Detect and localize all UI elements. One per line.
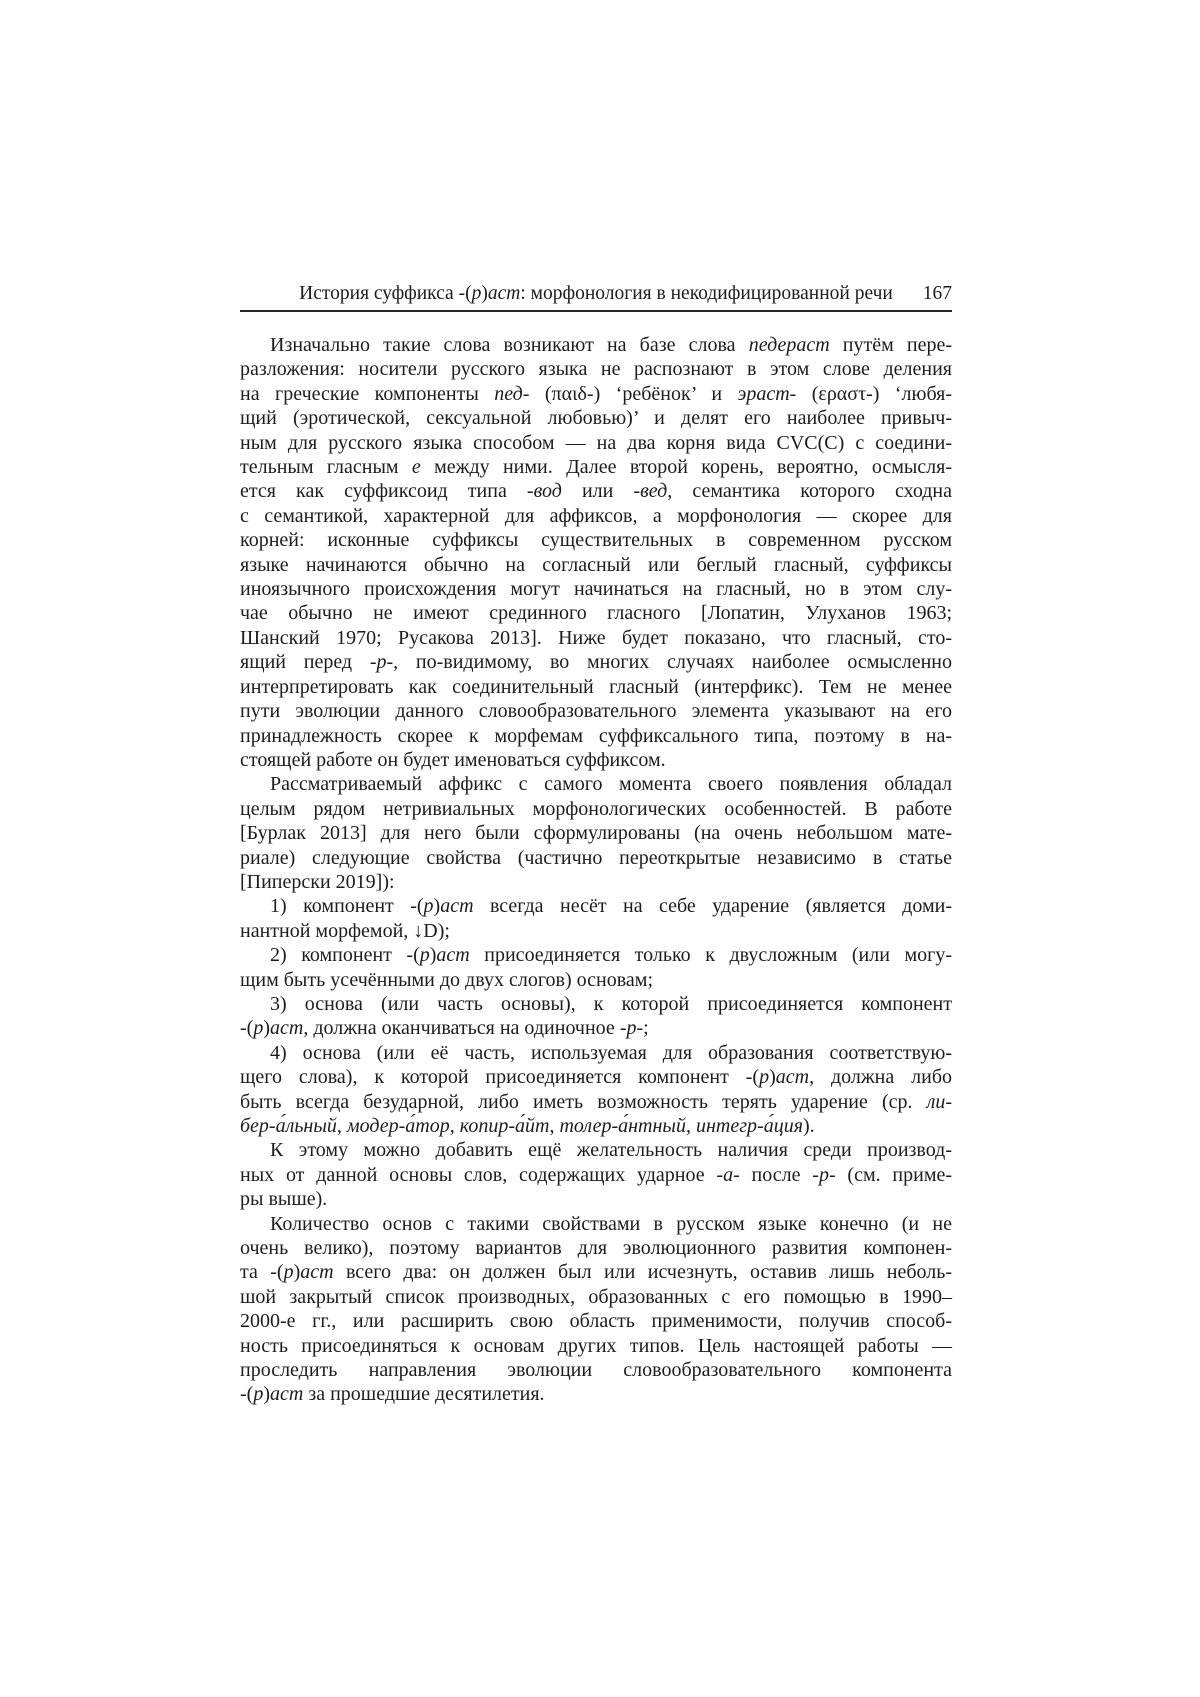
text-line: 1) компонент -(р)аст всегда несёт на себ… xyxy=(240,894,952,918)
italic-text-run: интегр-а́ция xyxy=(696,1115,803,1137)
text-line: ящий перед -р-, по-видимому, во многих с… xyxy=(240,650,952,674)
text-run: ) xyxy=(769,1066,776,1088)
text-run: очень велико), поэтому вариантов для эво… xyxy=(240,1237,952,1259)
text-line: иноязычного происхождения могут начинать… xyxy=(240,577,952,601)
italic-text-run: -а- xyxy=(716,1164,739,1186)
text-run: интерпретировать как соединительный глас… xyxy=(240,676,952,698)
italic-text-run: р xyxy=(759,1066,769,1088)
text-run: ры выше). xyxy=(240,1188,327,1210)
italic-text-run: р xyxy=(472,283,482,304)
italic-text-run: пед- xyxy=(494,383,529,405)
property-item-2: 2) компонент -(р)аст присоединяется толь… xyxy=(240,943,952,992)
text-line: ным для русского языка способом — на два… xyxy=(240,431,952,455)
italic-text-run: толер-а́нтный xyxy=(559,1115,686,1137)
text-run: нантной морфемой, ↓D); xyxy=(240,920,450,942)
text-run: , xyxy=(450,1115,460,1137)
text-run: корней: исконные суффиксы существительны… xyxy=(240,529,952,551)
text-run: 1) компонент -( xyxy=(270,895,424,917)
italic-text-run: модер-а́тор xyxy=(347,1115,450,1137)
italic-text-run: эраст- xyxy=(738,383,797,405)
text-run: ным для русского языка способом — на два… xyxy=(240,432,952,454)
running-title: История суффикса -(р)аст: морфонология в… xyxy=(240,281,952,307)
text-line: 3) основа (или часть основы), к которой … xyxy=(240,992,952,1016)
page-number: 167 xyxy=(923,281,952,307)
italic-text-run: -вед xyxy=(633,480,667,502)
text-line: Количество основ с такими свойствами в р… xyxy=(240,1212,952,1236)
text-line: Изначально такие слова возникают на базе… xyxy=(240,333,952,357)
italic-text-run: р xyxy=(424,895,434,917)
text-run: путём пере- xyxy=(830,334,952,356)
text-run: языке начинаются обычно на согласный или… xyxy=(240,554,952,576)
text-line: щего слова), к которой присоединяется ко… xyxy=(240,1065,952,1089)
property-item-4: 4) основа (или её часть, используемая дл… xyxy=(240,1041,952,1139)
text-line: Шанский 1970; Русакова 2013]. Ниже будет… xyxy=(240,626,952,650)
text-line: та -(р)аст всего два: он должен был или … xyxy=(240,1260,952,1284)
text-line: стоящей работе он будет именоваться суфф… xyxy=(240,748,952,772)
text-run: 2) компонент -( xyxy=(270,944,420,966)
text-run: щий (эротической, сексуальной любовью)’ … xyxy=(240,407,952,429)
text-run: -( xyxy=(240,1017,253,1039)
text-run: , xyxy=(549,1115,559,1137)
text-run: проследить направления эволюции словообр… xyxy=(240,1359,952,1381)
text-run: принадлежность скорее к морфемам суффикс… xyxy=(240,725,952,747)
intro-paragraph: Изначально такие слова возникают на базе… xyxy=(240,333,952,772)
text-run: чае обычно не имеют срединного гласного … xyxy=(240,602,952,624)
italic-text-run: р xyxy=(420,944,430,966)
italic-text-run: е xyxy=(412,456,421,478)
italic-text-run: копир-а́йт xyxy=(460,1115,550,1137)
text-run: 4) основа (или её часть, используемая дл… xyxy=(270,1042,952,1064)
text-run: [Бурлак 2013] для него были сформулирова… xyxy=(240,822,952,844)
text-line: 4) основа (или её часть, используемая дл… xyxy=(240,1041,952,1065)
addendum-paragraph: К этому можно добавить ещё желательность… xyxy=(240,1138,952,1211)
text-run: (см. приме- xyxy=(836,1164,952,1186)
property-item-1: 1) компонент -(р)аст всегда несёт на себ… xyxy=(240,894,952,943)
text-line: проследить направления эволюции словообр… xyxy=(240,1358,952,1382)
text-run: иноязычного происхождения могут начинать… xyxy=(240,578,952,600)
text-run: Рассматриваемый аффикс с самого момента … xyxy=(270,773,952,795)
text-run: между ними. Далее второй корень, вероятн… xyxy=(421,456,952,478)
text-line: шой закрытый список производных, образов… xyxy=(240,1285,952,1309)
text-run: (παιδ-) ‘ребёнок’ и xyxy=(529,383,737,405)
italic-text-run: -р- xyxy=(620,1017,643,1039)
text-run: шой закрытый список производных, образов… xyxy=(240,1286,952,1308)
italic-text-run: -р- xyxy=(370,651,393,673)
text-run: 3) основа (или часть основы), к которой … xyxy=(270,993,952,1015)
text-line: языке начинаются обычно на согласный или… xyxy=(240,553,952,577)
text-run: разложения: носители русского языка не р… xyxy=(240,358,952,380)
italic-text-run: педераст xyxy=(749,334,830,356)
property-item-3: 3) основа (или часть основы), к которой … xyxy=(240,992,952,1041)
text-run: , по-видимому, во многих случаях наиболе… xyxy=(393,651,952,673)
text-run: , xyxy=(337,1115,347,1137)
text-run: Шанский 1970; Русакова 2013]. Ниже будет… xyxy=(240,627,952,649)
text-line: К этому можно добавить ещё желательность… xyxy=(240,1138,952,1162)
text-line: -(р)аст, должна оканчиваться на одиночно… xyxy=(240,1016,952,1040)
italic-text-run: аст xyxy=(436,944,469,966)
text-line: интерпретировать как соединительный глас… xyxy=(240,675,952,699)
text-run: та -( xyxy=(240,1261,284,1283)
italic-text-run: -р- xyxy=(812,1164,835,1186)
text-run: К этому можно добавить ещё желательность… xyxy=(270,1139,952,1161)
italic-text-run: -вод xyxy=(527,480,562,502)
text-line: ется как суффиксоид типа -вод или -вед, … xyxy=(240,479,952,503)
text-run: ) xyxy=(263,1017,270,1039)
text-run: щим быть усечёнными до двух слогов) осно… xyxy=(240,969,653,991)
running-head: История суффикса -(р)аст: морфонология в… xyxy=(240,281,952,307)
text-line: [Бурлак 2013] для него были сформулирова… xyxy=(240,821,952,845)
text-run: на греческие компоненты xyxy=(240,383,494,405)
text-line: принадлежность скорее к морфемам суффикс… xyxy=(240,724,952,748)
text-run: ется как суффиксоид типа xyxy=(240,480,527,502)
text-line: целым рядом нетривиальных морфонологичес… xyxy=(240,797,952,821)
text-run: тельным гласным xyxy=(240,456,412,478)
evolution-paragraph: Количество основ с такими свойствами в р… xyxy=(240,1212,952,1407)
italic-text-run: аст xyxy=(300,1261,333,1283)
text-run: ящий перед xyxy=(240,651,370,673)
text-line: -(р)аст за прошедшие десятилетия. xyxy=(240,1382,952,1406)
text-run: , семантика которого сходна xyxy=(667,480,952,502)
text-run: стоящей работе он будет именоваться суфф… xyxy=(240,749,666,771)
italic-text-run: р xyxy=(284,1261,294,1283)
text-run: ных от данной основы слов, содержащих уд… xyxy=(240,1164,716,1186)
text-run: ; xyxy=(643,1017,649,1039)
text-run: , xyxy=(686,1115,696,1137)
text-run: за прошедшие десятилетия. xyxy=(303,1383,544,1405)
text-run: риале) следующие свойства (частично пере… xyxy=(240,847,952,869)
text-run: всего два: он должен был или исчезнуть, … xyxy=(334,1261,952,1283)
italic-text-run: ли- xyxy=(927,1091,952,1113)
properties-intro-paragraph: Рассматриваемый аффикс с самого момента … xyxy=(240,772,952,894)
text-run: присоединяется только к двусложным (или … xyxy=(470,944,952,966)
text-run: Изначально такие слова возникают на базе… xyxy=(270,334,749,356)
italic-text-run: аст xyxy=(270,1017,303,1039)
text-run: целым рядом нетривиальных морфонологичес… xyxy=(240,798,952,820)
text-run: ) xyxy=(263,1383,270,1405)
text-run: История суффикса -( xyxy=(299,283,471,304)
text-line: очень велико), поэтому вариантов для эво… xyxy=(240,1236,952,1260)
italic-text-run: аст xyxy=(270,1383,303,1405)
text-line: с семантикой, характерной для аффиксов, … xyxy=(240,504,952,528)
text-run: ность присоединяться к основам других ти… xyxy=(240,1335,952,1357)
text-run: Количество основ с такими свойствами в р… xyxy=(270,1213,952,1235)
article-body: Изначально такие слова возникают на базе… xyxy=(240,333,952,1407)
text-line: быть всегда безударной, либо иметь возмо… xyxy=(240,1090,952,1114)
text-run: с семантикой, характерной для аффиксов, … xyxy=(240,505,952,527)
text-line: тельным гласным е между ними. Далее втор… xyxy=(240,455,952,479)
text-line: чае обычно не имеют срединного гласного … xyxy=(240,601,952,625)
text-line: ных от данной основы слов, содержащих уд… xyxy=(240,1163,952,1187)
text-run: после xyxy=(740,1164,813,1186)
text-line: разложения: носители русского языка не р… xyxy=(240,357,952,381)
text-line: щий (эротической, сексуальной любовью)’ … xyxy=(240,406,952,430)
italic-text-run: аст xyxy=(488,283,521,304)
text-line: ность присоединяться к основам других ти… xyxy=(240,1334,952,1358)
italic-text-run: р xyxy=(253,1383,263,1405)
text-line: нантной морфемой, ↓D); xyxy=(240,919,952,943)
italic-text-run: аст xyxy=(440,895,473,917)
text-line: риале) следующие свойства (частично пере… xyxy=(240,846,952,870)
italic-text-run: бер-а́льный xyxy=(240,1115,337,1137)
text-line: [Пиперски 2019]): xyxy=(240,870,952,894)
text-run: пути эволюции данного словообразовательн… xyxy=(240,700,952,722)
text-run: (εραστ-) ‘любя- xyxy=(796,383,952,405)
header-rule xyxy=(240,310,952,312)
text-run: [Пиперски 2019]): xyxy=(240,871,395,893)
text-run: -( xyxy=(240,1383,253,1405)
text-line: бер-а́льный, модер-а́тор, копир-а́йт, то… xyxy=(240,1114,952,1138)
text-run: : морфонология в некодифицированной речи xyxy=(520,283,893,304)
italic-text-run: аст xyxy=(776,1066,809,1088)
text-line: Рассматриваемый аффикс с самого момента … xyxy=(240,772,952,796)
italic-text-run: р xyxy=(253,1017,263,1039)
text-run: , должна либо xyxy=(809,1066,952,1088)
text-run: 2000-е гг., или расширить свою область п… xyxy=(240,1310,952,1332)
text-line: ры выше). xyxy=(240,1187,952,1211)
text-line: щим быть усечёнными до двух слогов) осно… xyxy=(240,968,952,992)
text-line: на греческие компоненты пед- (παιδ-) ‘ре… xyxy=(240,382,952,406)
text-line: 2) компонент -(р)аст присоединяется толь… xyxy=(240,943,952,967)
text-line: 2000-е гг., или расширить свою область п… xyxy=(240,1309,952,1333)
text-line: корней: исконные суффиксы существительны… xyxy=(240,528,952,552)
text-run: быть всегда безударной, либо иметь возмо… xyxy=(240,1091,927,1113)
text-line: пути эволюции данного словообразовательн… xyxy=(240,699,952,723)
text-run: ). xyxy=(803,1115,815,1137)
text-run: щего слова), к которой присоединяется ко… xyxy=(240,1066,759,1088)
text-run: всегда несёт на себе ударение (является … xyxy=(474,895,952,917)
text-run: или xyxy=(562,480,634,502)
page: История суффикса -(р)аст: морфонология в… xyxy=(0,0,1200,1697)
text-run: , должна оканчиваться на одиночное xyxy=(303,1017,619,1039)
